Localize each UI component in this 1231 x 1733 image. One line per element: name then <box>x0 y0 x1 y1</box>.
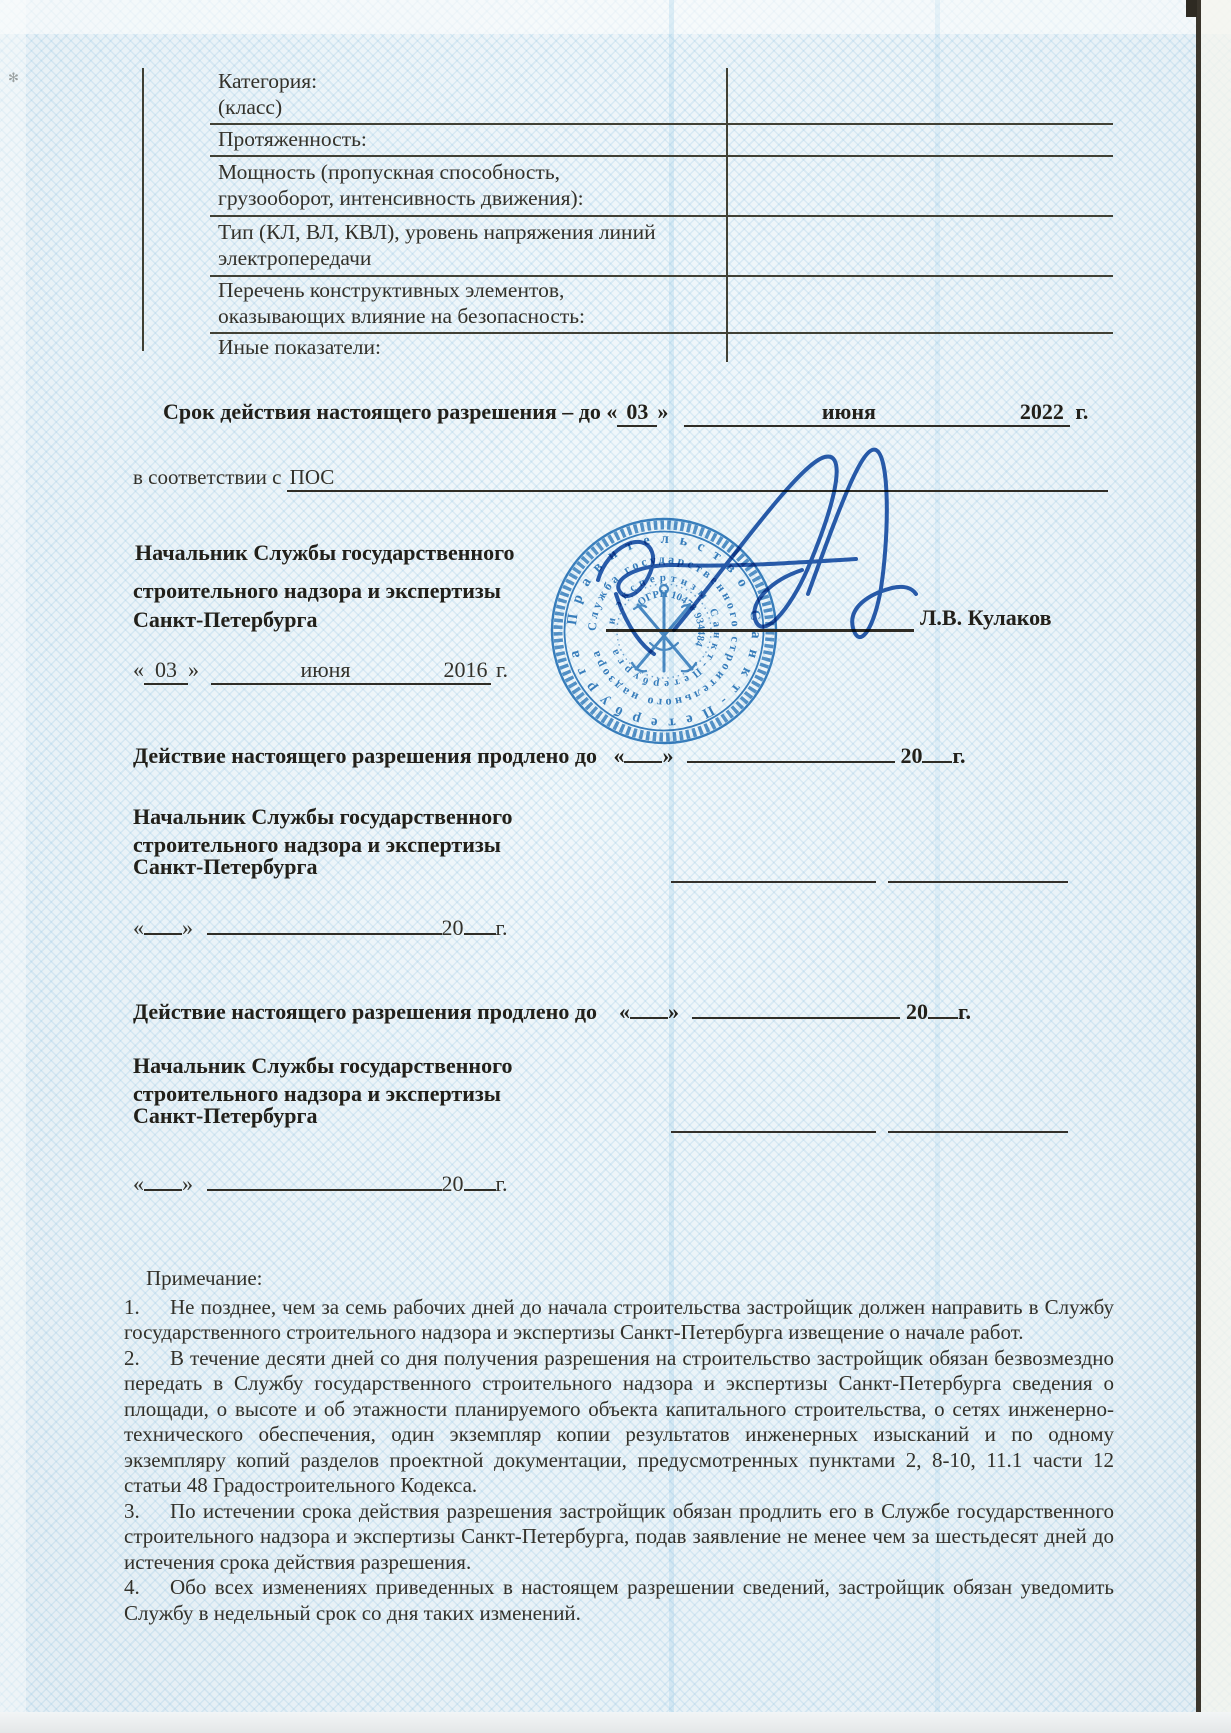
sign-date-year: 2016 <box>441 656 491 685</box>
scan-left-margin <box>0 0 26 1733</box>
scan-right-margin <box>1201 0 1231 1733</box>
table-cell-value <box>726 277 1113 332</box>
extension-label: Действие настоящего разрешения продлено … <box>133 743 597 768</box>
object-parameters-table: Категория: (класс) Протяженность: Мощнос… <box>210 68 1113 362</box>
table-row: Категория: (класс) <box>210 68 1113 125</box>
official-title-line: Начальник Службы государственного <box>133 1052 513 1079</box>
scan-top-margin <box>0 0 1231 34</box>
signer-name: Л.В. Кулаков <box>920 604 1051 631</box>
day-blank <box>630 1017 668 1019</box>
accordance-label: в соответствии с <box>133 465 281 489</box>
validity-prefix: Срок действия настоящего разрешения – до… <box>163 399 617 424</box>
quote-open: « <box>613 743 624 768</box>
blank-date-line: «» 20г. <box>133 1170 508 1197</box>
note-number: 4. <box>124 1575 170 1601</box>
extension-line: Действие настоящего разрешения продлено … <box>133 998 971 1025</box>
year-prefix: 20 <box>442 1171 464 1196</box>
official-title-line: строительного надзора и экспертизы <box>133 577 501 604</box>
notes-section: Примечание: 1.Не позднее, чем за семь ра… <box>124 1266 1114 1626</box>
year-prefix: 20 <box>442 915 464 940</box>
table-row: Тип (КЛ, ВЛ, КВЛ), уровень напряжения ли… <box>210 217 1113 277</box>
note-item: 4.Обо всех изменениях приведенных в наст… <box>124 1575 1114 1626</box>
note-text: Обо всех изменениях приведенных в настоя… <box>124 1575 1114 1625</box>
notes-title: Примечание: <box>124 1266 1114 1292</box>
scanned-document-page: ✻ Категория: (класс) Протяженность: Мощн… <box>0 0 1231 1733</box>
note-number: 1. <box>124 1295 170 1321</box>
month-blank <box>692 1017 900 1019</box>
official-title-line: Санкт-Петербурга <box>133 853 317 880</box>
page-edge-shadow <box>1196 0 1201 1712</box>
day-blank <box>144 933 182 935</box>
page-edge-shadow-cap <box>1186 0 1197 17</box>
note-item: 1.Не позднее, чем за семь рабочих дней д… <box>124 1295 1114 1346</box>
note-number: 2. <box>124 1346 170 1372</box>
year-blank <box>464 933 496 935</box>
year-prefix: 20 <box>906 999 928 1024</box>
table-cell-value <box>726 334 1113 363</box>
signature-blank-line <box>671 881 876 883</box>
official-title-line: Санкт-Петербурга <box>133 606 317 633</box>
official-title-line: Начальник Службы государственного <box>133 803 513 830</box>
year-prefix: 20 <box>900 743 922 768</box>
sign-date-line: «03» июня2016 г. <box>133 656 508 685</box>
day-blank <box>144 1189 182 1191</box>
note-text: По истечении срока действия разрешения з… <box>124 1499 1114 1574</box>
table-cell-value <box>726 68 1113 123</box>
table-cell-value <box>726 217 1113 275</box>
scan-bottom-edge <box>0 1712 1231 1733</box>
note-item: 2.В течение десяти дней со дня получения… <box>124 1346 1114 1499</box>
table-row: Протяженность: <box>210 125 1113 157</box>
sign-date-day: 03 <box>144 656 188 685</box>
signature-blank-line <box>671 1131 876 1133</box>
quote-open: « <box>133 657 144 682</box>
note-item: 3.По истечении срока действия разрешения… <box>124 1499 1114 1576</box>
quote-close: » <box>662 743 673 768</box>
year-suffix: г. <box>496 1171 508 1196</box>
quote-open: « <box>133 1171 144 1196</box>
validity-year-blank: 2022 <box>1014 398 1070 427</box>
official-title-line: Начальник Службы государственного <box>135 539 515 566</box>
year-suffix: г. <box>958 999 971 1024</box>
year-suffix: г. <box>496 915 508 940</box>
table-cell-label: Мощность (пропускная способность, грузоо… <box>210 157 726 215</box>
month-blank <box>207 933 442 935</box>
name-blank-line <box>888 881 1068 883</box>
table-row: Перечень конструктивных элементов, оказы… <box>210 277 1113 334</box>
year-suffix: г. <box>496 657 508 682</box>
quote-close: » <box>188 657 199 682</box>
quote-open: « <box>619 999 630 1024</box>
table-row: Иные показатели: <box>210 334 1113 363</box>
table-cell-label: Категория: (класс) <box>210 68 726 123</box>
table-cell-value <box>726 125 1113 155</box>
month-blank <box>687 761 895 763</box>
year-blank <box>922 761 952 763</box>
extension-label: Действие настоящего разрешения продлено … <box>133 999 597 1024</box>
quote-open: « <box>133 915 144 940</box>
year-suffix: г. <box>952 743 965 768</box>
note-text: В течение десяти дней со дня получения р… <box>124 1346 1114 1498</box>
official-title-line: Санкт-Петербурга <box>133 1102 317 1129</box>
month-blank <box>207 1189 442 1191</box>
year-blank <box>928 1017 958 1019</box>
extension-line: Действие настоящего разрешения продлено … <box>133 742 965 769</box>
table-cell-label: Иные показатели: <box>210 334 726 363</box>
name-blank-line <box>888 1131 1068 1133</box>
quote-close: » <box>182 915 193 940</box>
note-number: 3. <box>124 1499 170 1525</box>
validity-suffix: г. <box>1075 399 1088 424</box>
table-cell-label: Протяженность: <box>210 125 726 155</box>
quote-close: » <box>182 1171 193 1196</box>
blank-date-line: «» 20г. <box>133 914 508 941</box>
sign-date-month: июня <box>211 656 441 685</box>
outer-table-border <box>142 68 144 351</box>
quote-close: » <box>668 999 679 1024</box>
table-cell-label: Перечень конструктивных элементов, оказы… <box>210 277 726 332</box>
table-cell-label: Тип (КЛ, ВЛ, КВЛ), уровень напряжения ли… <box>210 217 726 275</box>
handwritten-signature <box>556 418 926 678</box>
note-text: Не позднее, чем за семь рабочих дней до … <box>124 1295 1114 1345</box>
scan-artifact: ✻ <box>8 70 19 86</box>
table-cell-value <box>726 157 1113 215</box>
day-blank <box>624 761 662 763</box>
year-blank <box>464 1189 496 1191</box>
table-row: Мощность (пропускная способность, грузоо… <box>210 157 1113 217</box>
